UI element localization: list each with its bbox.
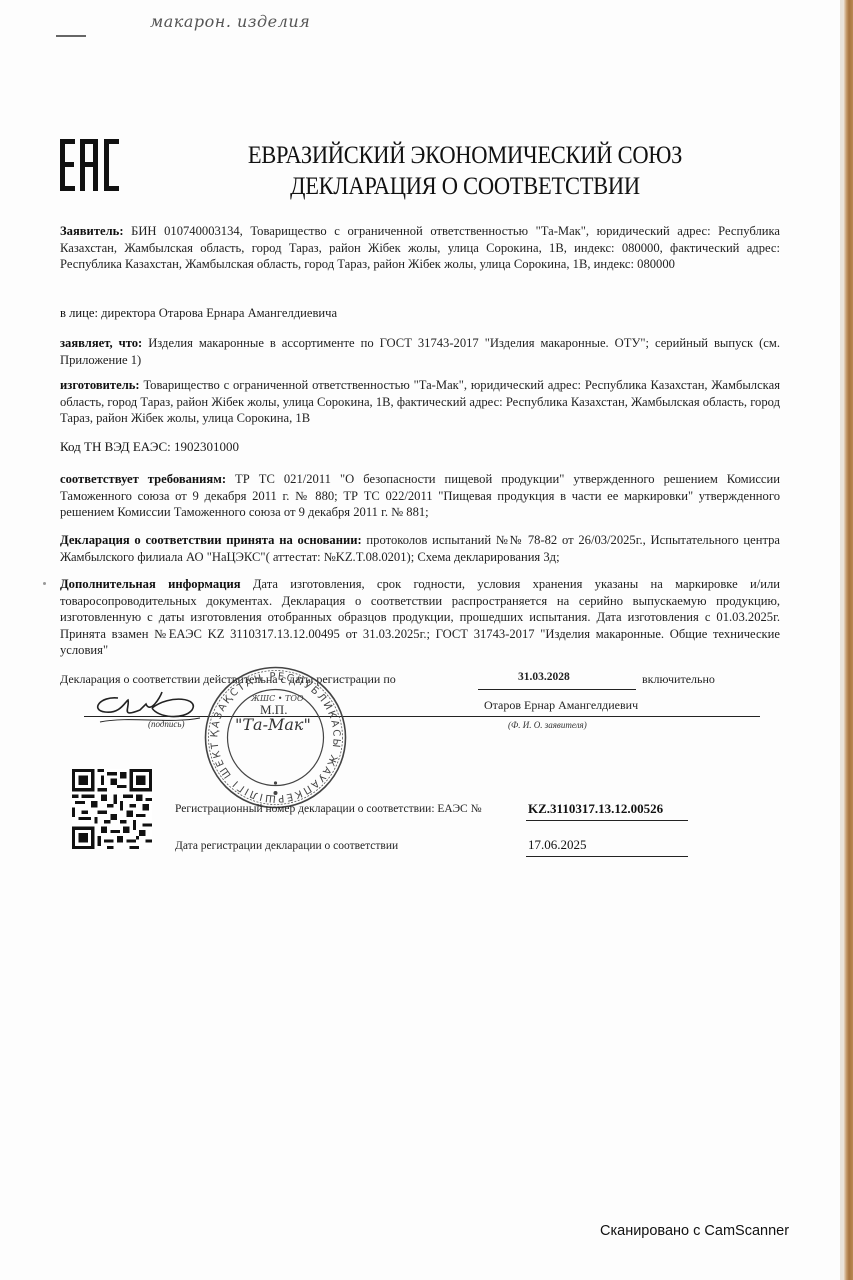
represented-by-section: в лице: директора Отарова Ернара Амангел… [60, 305, 780, 322]
signature-caption: (подпись) [148, 719, 185, 729]
basis-section: Декларация о соответствии принята на осн… [60, 532, 780, 565]
qr-code-icon[interactable] [72, 768, 152, 850]
svg-text:ҚАЗАҚСТАН РЕСПУБЛИКАСЫ ЖАУАПКЕ: ҚАЗАҚСТАН РЕСПУБЛИКАСЫ ЖАУАПКЕРШІЛІГІ ШЕ… [203, 665, 342, 804]
scan-speck [43, 582, 46, 585]
eac-logo-icon [58, 137, 122, 193]
registration-date-value: 17.06.2025 [528, 837, 587, 853]
manufacturer-section: изготовитель: Товарищество с ограниченно… [60, 377, 780, 427]
declares-label: заявляет, что: [60, 336, 142, 350]
additional-info-label: Дополнительная информация [60, 577, 241, 591]
signer-caption: (Ф. И. О. заявителя) [508, 720, 587, 730]
declares-text: Изделия макаронные в ассортименте по ГОС… [60, 336, 780, 367]
title-declaration: ДЕКЛАРАЦИЯ О СООТВЕТСТВИИ [227, 171, 704, 202]
declares-section: заявляет, что: Изделия макаронные в ассо… [60, 335, 780, 368]
hs-code-section: Код ТН ВЭД ЕАЭС: 1902301000 [60, 439, 780, 456]
signature-icon [80, 688, 210, 728]
applicant-label: Заявитель: [60, 224, 124, 238]
basis-label: Декларация о соответствии принята на осн… [60, 533, 362, 547]
title-union: ЕВРАЗИЙСКИЙ ЭКОНОМИЧЕСКИЙ СОЮЗ [227, 140, 704, 171]
validity-suffix: включительно [642, 671, 715, 688]
signature-line [84, 716, 760, 717]
signer-name: Отаров Ернар Амангелдиевич [484, 697, 638, 714]
registration-number-underline [526, 820, 688, 821]
manufacturer-label: изготовитель: [60, 378, 140, 392]
applicant-text: БИН 010740003134, Товарищество с огранич… [60, 224, 780, 271]
validity-date-underline [478, 689, 636, 690]
applicant-section: Заявитель: БИН 010740003134, Товариществ… [60, 223, 780, 273]
validity-date: 31.03.2028 [518, 669, 570, 686]
handwritten-note: макарон. изделия [150, 12, 310, 31]
complies-label: соответствует требованиям: [60, 472, 226, 486]
company-stamp-icon: ҚАЗАҚСТАН РЕСПУБЛИКАСЫ ЖАУАПКЕРШІЛІГІ ШЕ… [203, 665, 348, 810]
registration-number-label: Регистрационный номер декларации о соотв… [175, 803, 482, 815]
stamp-company-name: "Та-Мак" [235, 715, 311, 734]
camscanner-watermark: Сканировано с CamScanner [600, 1223, 789, 1239]
registration-number-value: KZ.3110317.13.12.00526 [528, 801, 663, 817]
manufacturer-text: Товарищество с ограниченной ответственно… [60, 378, 780, 425]
handwritten-dash [56, 35, 86, 37]
represented-by-text: директора Отарова Ернара Амангелдиевича [98, 306, 337, 320]
registration-date-label: Дата регистрации декларации о соответств… [175, 840, 398, 852]
scan-background-edge [843, 0, 853, 1280]
document-title: ЕВРАЗИЙСКИЙ ЭКОНОМИЧЕСКИЙ СОЮЗ ДЕКЛАРАЦИ… [227, 140, 704, 202]
hs-code-label: Код ТН ВЭД ЕАЭС: [60, 439, 171, 454]
additional-info-section: Дополнительная информация Дата изготовле… [60, 576, 780, 659]
registration-date-underline [526, 856, 688, 857]
complies-section: соответствует требованиям: ТР ТС 021/201… [60, 471, 780, 521]
represented-by-label: в лице: [60, 306, 98, 320]
hs-code-value: 1902301000 [171, 439, 239, 454]
